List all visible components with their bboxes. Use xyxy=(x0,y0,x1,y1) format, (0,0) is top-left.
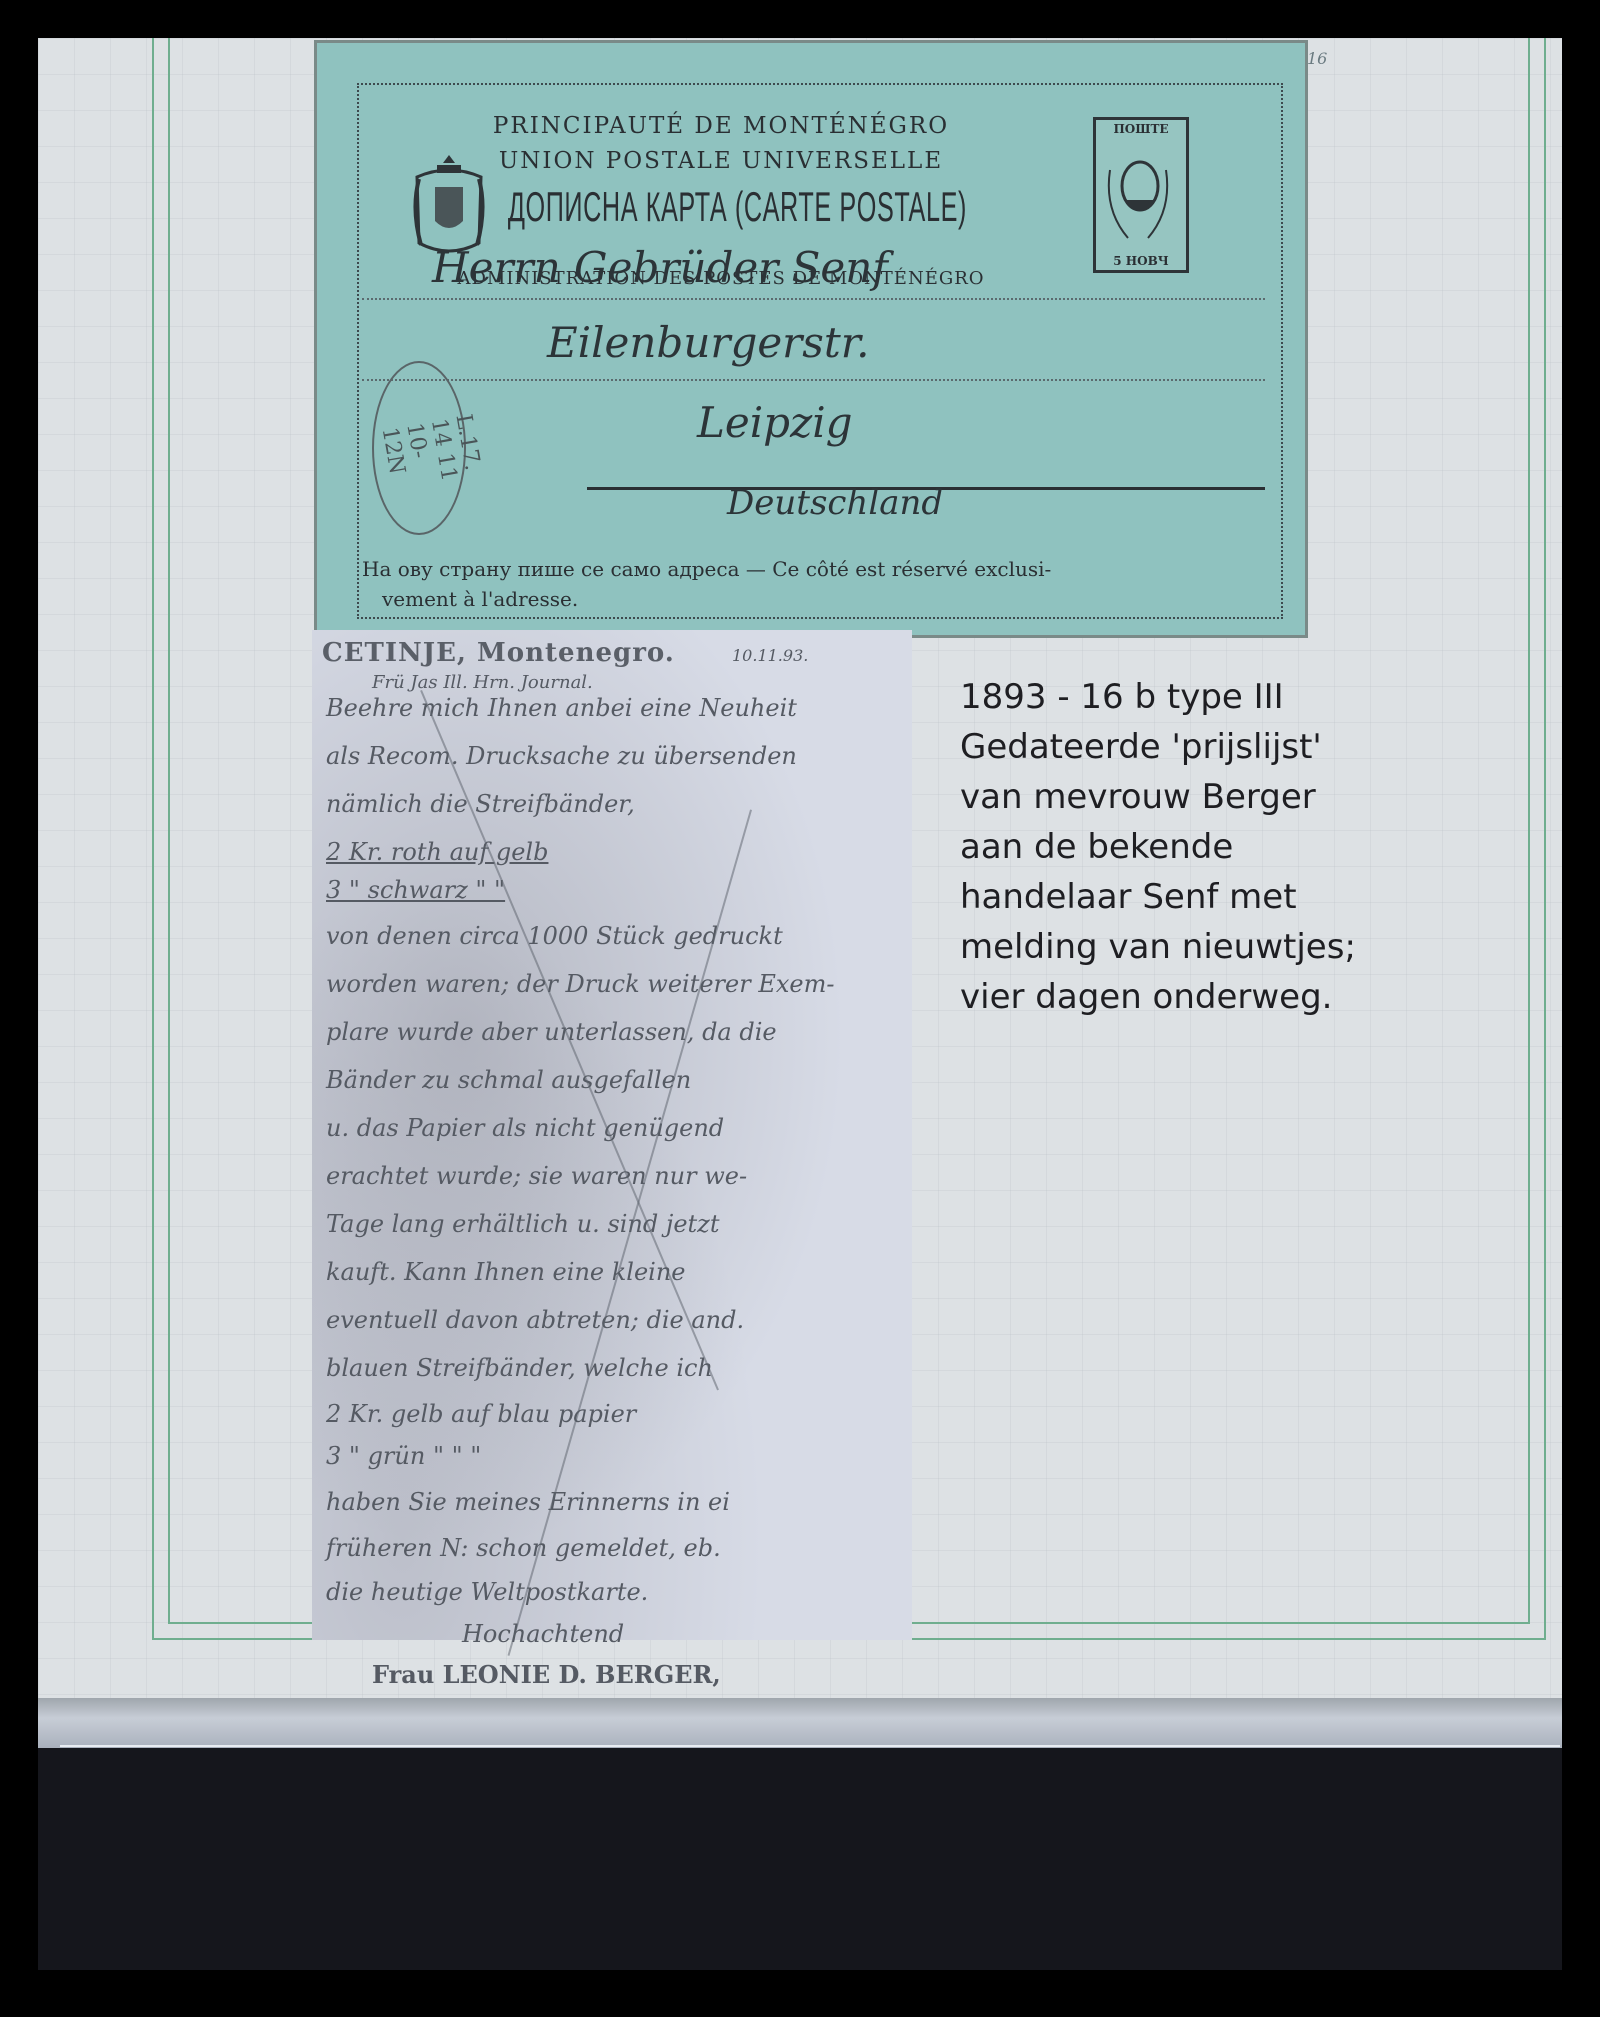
letter-line: 2 Kr. gelb auf blau papier xyxy=(326,1400,636,1428)
album-sleeve-strip xyxy=(38,1698,1562,1748)
letter-line: haben Sie meines Erinnerns in ei xyxy=(326,1488,730,1516)
stamp-bottom-label: 5 НОВЧ xyxy=(1096,254,1186,268)
annotation-line: handelaar Senf met xyxy=(960,872,1460,922)
annotation-line: 1893 - 16 b type III xyxy=(960,672,1460,722)
header-upu: UNION POSTALE UNIVERSELLE xyxy=(227,148,1215,174)
letter-line: Hochachtend xyxy=(462,1620,624,1648)
annotation-line: Gedateerde 'prijslijst' xyxy=(960,722,1460,772)
letter-line: Tage lang erhältlich u. sind jetzt xyxy=(326,1210,719,1238)
letter-line: nämlich die Streifbänder, xyxy=(326,790,635,818)
letterhead: CETINJE, Montenegro. xyxy=(322,638,675,668)
letter-line: Frü Jas Ill. Hrn. Journal. xyxy=(372,672,593,693)
handwritten-annotation: 1893 - 16 b type III Gedateerde 'prijsli… xyxy=(960,672,1460,1022)
postcard: 16 PRINCIPAUTÉ DE MONTÉNÉGRO UNION POSTA… xyxy=(314,40,1308,638)
sleeve-edge xyxy=(60,1745,1560,1747)
letter-line: blauen Streifbänder, welche ich xyxy=(326,1354,713,1382)
letter-date: 10.11.93. xyxy=(732,646,808,665)
letter-line: 3 " grün " " " xyxy=(326,1442,481,1470)
letter-line: u. das Papier als nicht genügend xyxy=(326,1114,724,1142)
letter-line: 2 Kr. roth auf gelb xyxy=(326,838,548,866)
letter-line: erachtet wurde; sie waren nur we- xyxy=(326,1162,747,1190)
letter-line: als Recom. Drucksache zu übersenden xyxy=(326,742,797,770)
letter-line: worden waren; der Druck weiterer Exem- xyxy=(326,970,834,998)
postmark: L.17. 14 11 10-12N xyxy=(372,361,466,535)
letter-line: Frau LEONIE D. BERGER, xyxy=(372,1660,721,1689)
annotation-line: aan de bekende xyxy=(960,822,1460,872)
letter-line: früheren N: schon gemeldet, eb. xyxy=(326,1534,721,1562)
address-notice-cont: vement à l'adresse. xyxy=(382,587,578,611)
address-recipient: Herrn Gebrüder Senf xyxy=(432,243,888,292)
address-street: Eilenburgerstr. xyxy=(547,318,870,367)
address-country: Deutschland xyxy=(727,483,943,523)
address-line-2-rule xyxy=(362,379,1265,381)
portrait-icon xyxy=(1096,140,1180,250)
letter-line: Bänder zu schmal ausgefallen xyxy=(326,1066,691,1094)
header-principality: PRINCIPAUTÉ DE MONTÉNÉGRO xyxy=(227,113,1215,139)
address-notice: На ову страну пише се само адреса — Ce c… xyxy=(362,557,1051,581)
letter-photocopy: CETINJE, Montenegro. 10.11.93. Frü Jas I… xyxy=(312,630,912,1640)
letter-line: eventuell davon abtreten; die and. xyxy=(326,1306,744,1334)
pencil-note: 16 xyxy=(1307,49,1327,68)
header-carte-postale: ДОПИСНА КАРТА (CARTE POSTALE) xyxy=(441,183,1034,231)
annotation-line: melding van nieuwtjes; xyxy=(960,922,1460,972)
letter-line: die heutige Weltpostkarte. xyxy=(326,1578,648,1606)
imprinted-stamp: ПОШТЕ 5 НОВЧ xyxy=(1093,117,1189,273)
address-city: Leipzig xyxy=(697,398,853,447)
annotation-line: van mevrouw Berger xyxy=(960,772,1460,822)
annotation-line: vier dagen onderweg. xyxy=(960,972,1460,1022)
dark-background xyxy=(38,1748,1562,1970)
letter-line: 3 " schwarz " " xyxy=(326,876,505,904)
address-line-1-rule xyxy=(362,298,1265,300)
stamp-top-label: ПОШТЕ xyxy=(1096,122,1186,136)
letter-line: plare wurde aber unterlassen, da die xyxy=(326,1018,777,1046)
letter-line: kauft. Kann Ihnen eine kleine xyxy=(326,1258,685,1286)
letter-line: Beehre mich Ihnen anbei eine Neuheit xyxy=(326,694,797,722)
